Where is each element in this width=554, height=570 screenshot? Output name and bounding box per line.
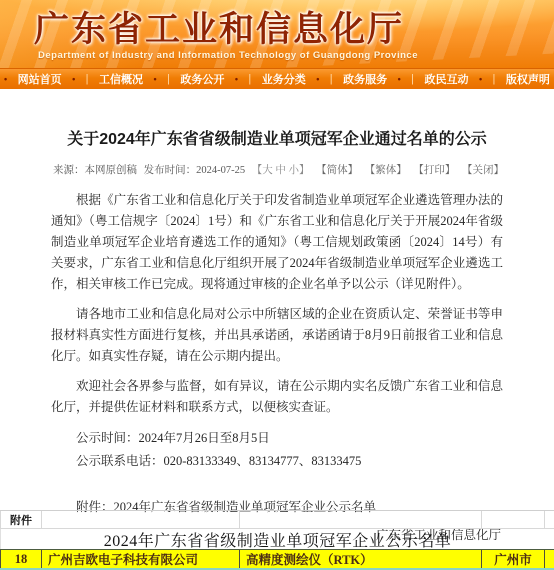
meta-publish-date: 发布时间：2024-07-25 <box>144 165 246 176</box>
nav-item-interaction[interactable]: 政民互动 <box>424 71 468 87</box>
nav-item-gov-affairs[interactable]: 政务公开 <box>180 71 224 87</box>
nav-bullet-icon: • <box>72 74 75 84</box>
table-empty-cell <box>545 550 554 568</box>
row-number-cell: 18 <box>0 550 42 568</box>
nav-item-overview[interactable]: 工信概况 <box>99 71 143 87</box>
page-title: 关于2024年广东省省级制造业单项冠军企业通过名单的公示 <box>51 126 503 149</box>
close-button[interactable]: 【关闭】 <box>462 165 504 176</box>
paragraph: 请各地市工业和信息化局对公示中所辖区域的企业在资质认定、荣誉证书等申报材料真实性… <box>51 304 503 367</box>
nav-separator: | <box>330 73 333 85</box>
table-empty-cell <box>545 511 554 528</box>
simplified-toggle[interactable]: 【简体】 <box>316 165 358 176</box>
article-container: 关于2024年广东省省级制造业单项冠军企业通过名单的公示 来源：本网原创稿 发布… <box>51 126 503 570</box>
font-size-control[interactable]: 【大 中 小】 <box>252 165 310 176</box>
city-cell: 广州市 <box>482 550 545 568</box>
site-title: 广东省工业和信息化厅 <box>34 2 404 52</box>
nav-bullet-icon: • <box>479 74 482 84</box>
table-title-row: 2024年广东省省级制造业单项冠军企业公示名单 <box>0 529 554 549</box>
attachment-table: 附件 2024年广东省省级制造业单项冠军企业公示名单 18 广州吉欧电子科技有限… <box>0 510 554 570</box>
nav-separator: | <box>248 73 251 85</box>
table-empty-cell <box>240 511 482 528</box>
nav-item-copyright[interactable]: 版权声明 <box>506 71 550 87</box>
nav-bullet-icon: • <box>398 74 401 84</box>
nav-separator: | <box>411 73 414 85</box>
site-banner: 广东省工业和信息化厅 Department of Industry and In… <box>0 0 554 68</box>
nav-item-home[interactable]: 网站首页 <box>18 71 62 87</box>
table-row: 附件 <box>0 511 554 529</box>
product-name-cell: 高精度测绘仪（RTK） <box>240 550 482 568</box>
table-corner-label: 附件 <box>0 511 42 528</box>
traditional-toggle[interactable]: 【繁体】 <box>365 165 407 176</box>
publicity-period: 公示时间：2024年7月26日至8月5日 <box>51 427 503 450</box>
contact-phone: 公示联系电话：020-83133349、83134777、83133475 <box>51 450 503 473</box>
meta-source: 来源：本网原创稿 <box>53 165 137 176</box>
nav-separator: | <box>167 73 170 85</box>
paragraph: 欢迎社会各界参与监督，如有异议，请在公示期内实名反馈广东省工业和信息化厅，并提供… <box>51 376 503 418</box>
nav-separator: | <box>86 73 89 85</box>
nav-item-business[interactable]: 业务分类 <box>262 71 306 87</box>
table-title: 2024年广东省省级制造业单项冠军企业公示名单 <box>104 528 452 551</box>
nav-bullet-icon: • <box>4 74 7 84</box>
nav-separator: | <box>493 73 496 85</box>
article-body: 根据《广东省工业和信息化厅关于印发省制造业单项冠军企业遴选管理办法的通知》（粤工… <box>51 190 503 418</box>
site-subtitle-en: Department of Industry and Information T… <box>38 50 418 61</box>
table-empty-cell <box>482 511 545 528</box>
article-meta: 来源：本网原创稿 发布时间：2024-07-25 【大 中 小】 【简体】 【繁… <box>51 162 503 177</box>
nav-item-services[interactable]: 政务服务 <box>343 71 387 87</box>
nav-bullet-icon: • <box>235 74 238 84</box>
main-nav: • 网站首页 • | 工信概况 • | 政务公开 • | 业务分类 • | 政务… <box>0 68 554 89</box>
nav-bullet-icon: • <box>153 74 156 84</box>
company-name-cell: 广州吉欧电子科技有限公司 <box>42 550 240 568</box>
paragraph: 根据《广东省工业和信息化厅关于印发省制造业单项冠军企业遴选管理办法的通知》（粤工… <box>51 190 503 295</box>
nav-bullet-icon: • <box>316 74 319 84</box>
print-button[interactable]: 【打印】 <box>413 165 455 176</box>
table-empty-cell <box>42 511 240 528</box>
table-row: 18 广州吉欧电子科技有限公司 高精度测绘仪（RTK） 广州市 <box>0 549 554 570</box>
